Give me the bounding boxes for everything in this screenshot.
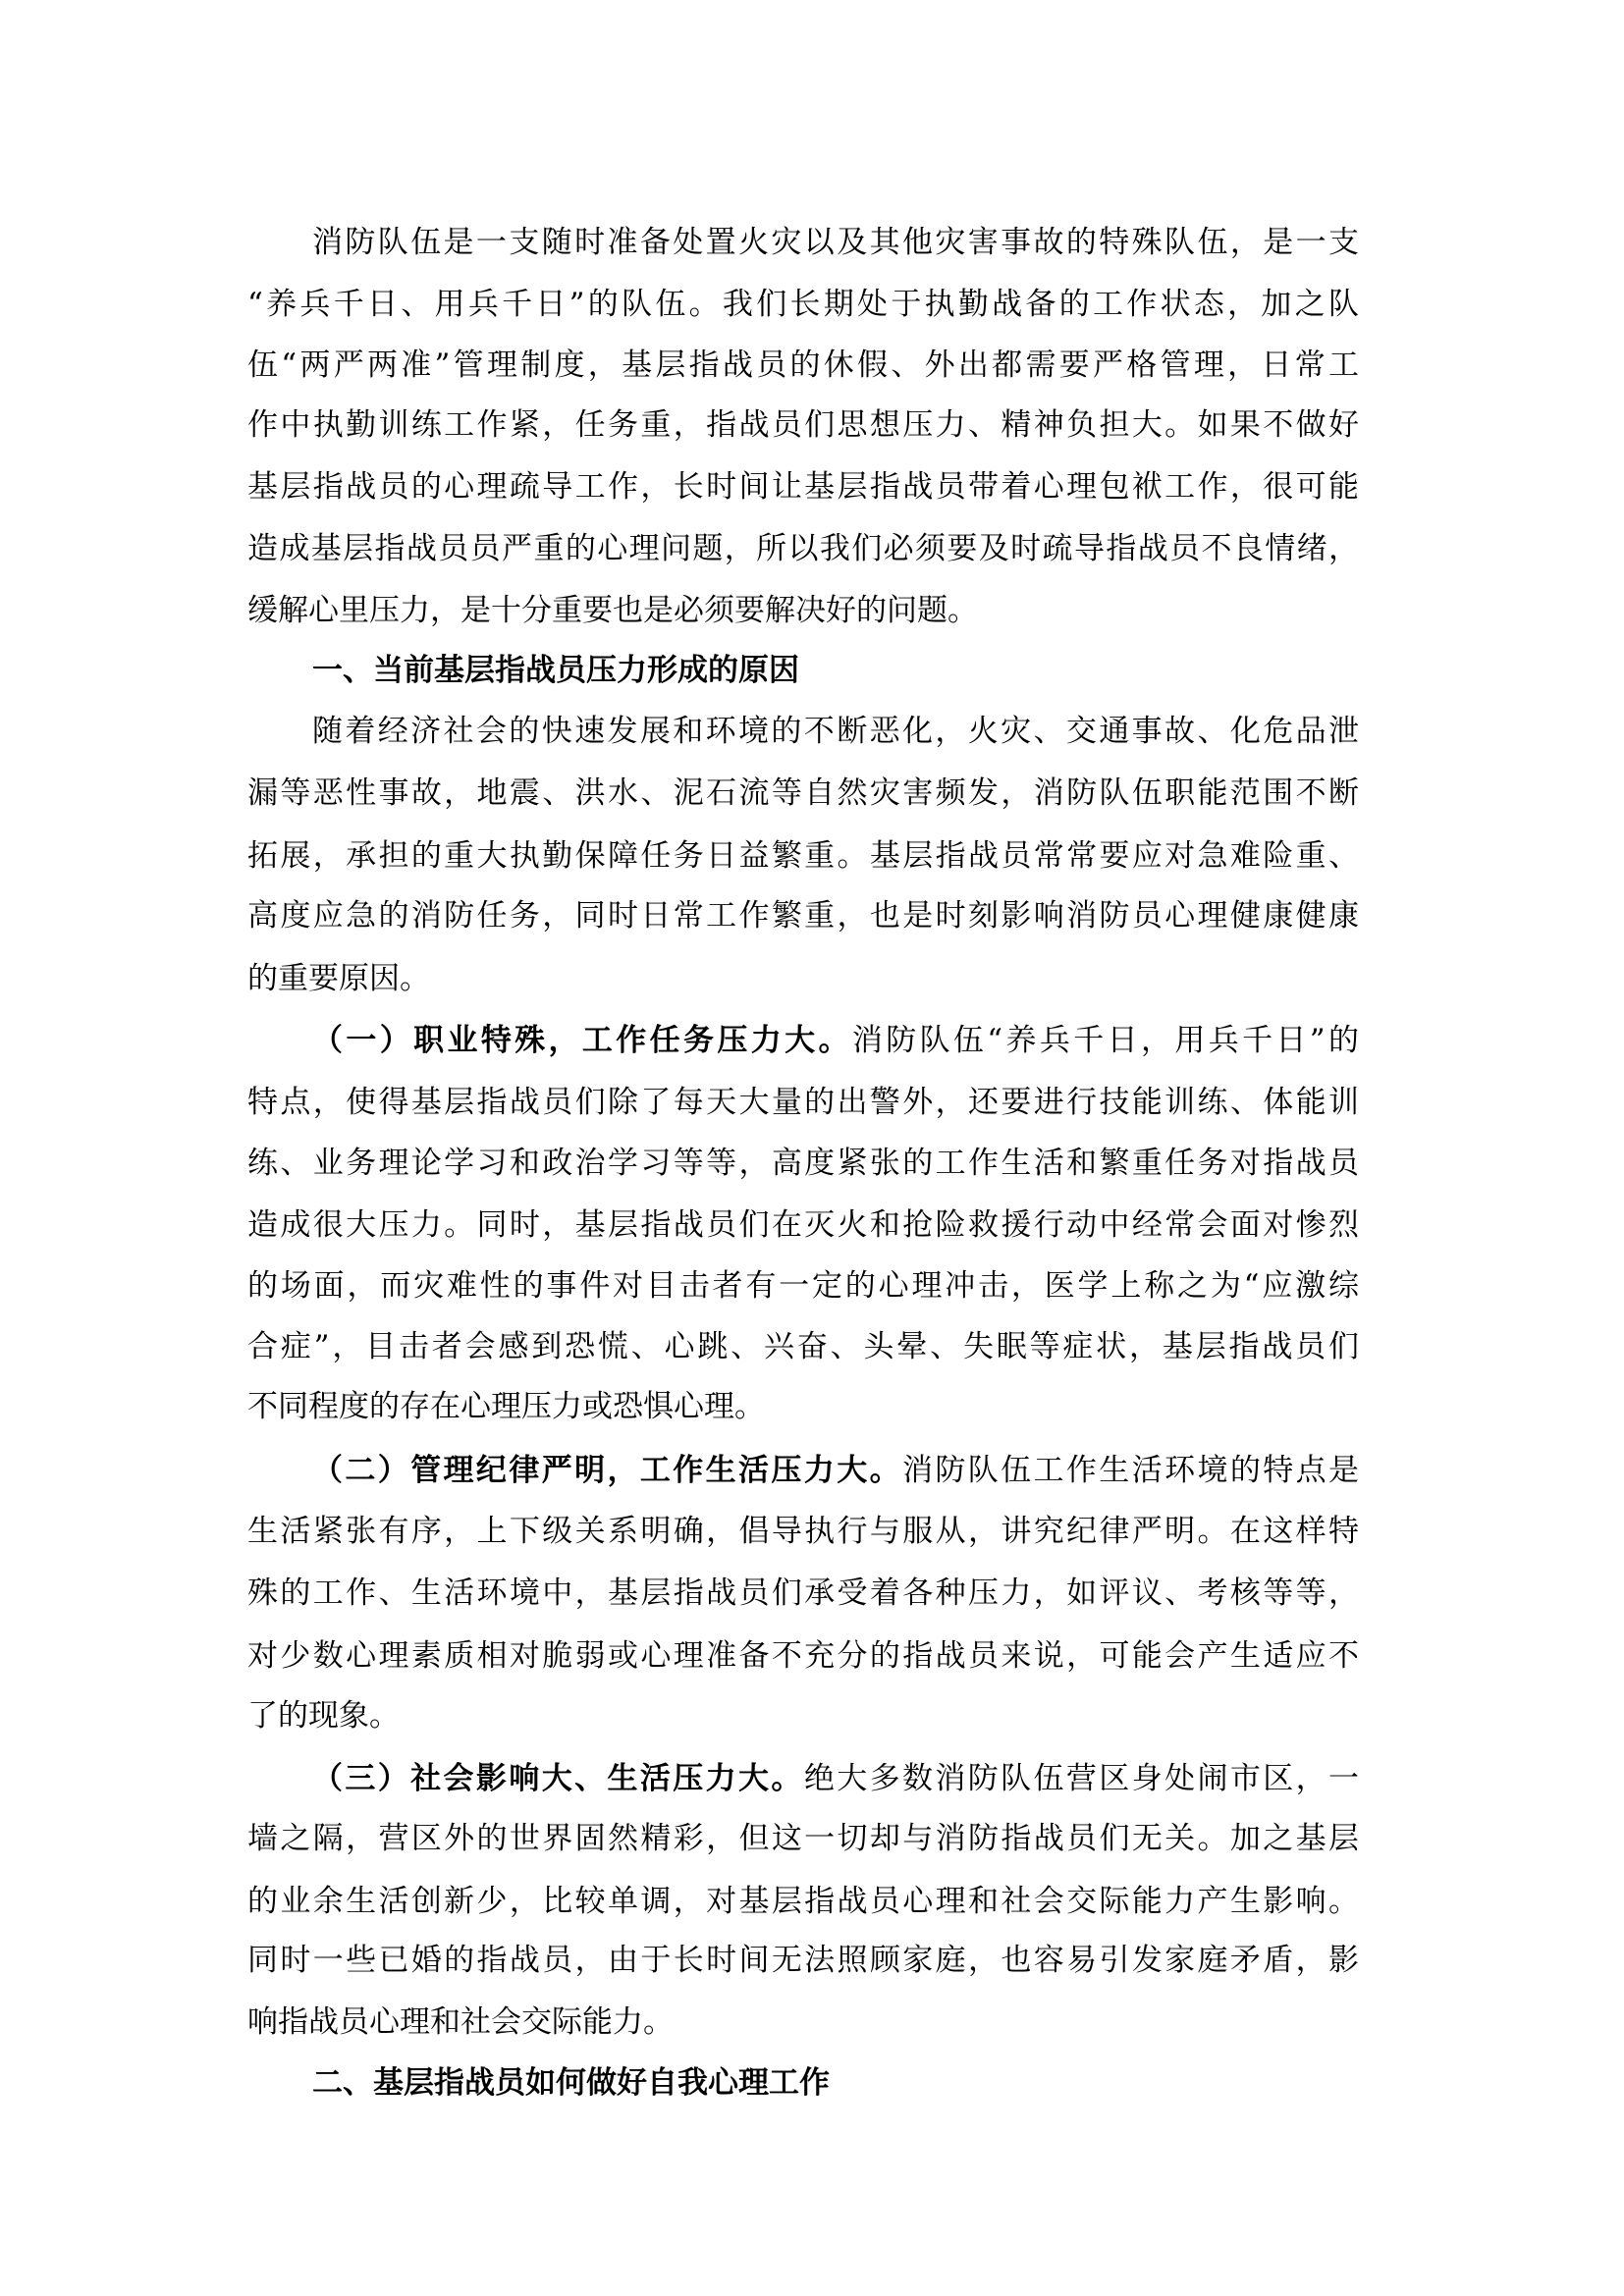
subsection-2-text: 消防队伍工作生活环境的特点是 <box>902 1453 1359 1488</box>
paragraph-line: 墙之隔，营区外的世界固然精彩，但这一切却与消防指战员们无关。加之基层 <box>247 1808 1359 1869</box>
subsection-3-first-line: （三）社会影响大、生活压力大。绝大多数消防队伍营区身处闹市区，一 <box>312 1748 1359 1809</box>
paragraph-line: 基层指战员的心理疏导工作，长时间让基层指战员带着心理包袱工作，很可能 <box>247 456 1359 517</box>
subsection-2-first-line: （二）管理纪律严明，工作生活压力大。消防队伍工作生活环境的特点是 <box>312 1440 1359 1501</box>
paragraph-line: 特点，使得基层指战员们除了每天大量的出警外，还要进行技能训练、体能训 <box>247 1072 1359 1133</box>
subsection-3-lead: （三）社会影响大、生活压力大。 <box>312 1761 804 1796</box>
paragraph-line: 的重要原因。 <box>247 948 1359 1009</box>
paragraph-line: 的场面，而灾难性的事件对目击者有一定的心理冲击，医学上称之为“应激综 <box>247 1255 1359 1316</box>
paragraph-line: 对少数心理素质相对脆弱或心理准备不充分的指战员来说，可能会产生适应不 <box>247 1626 1359 1686</box>
subsection-2-lead: （二）管理纪律严明，工作生活压力大。 <box>312 1453 902 1488</box>
subsection-1-text: 消防队伍“养兵千日，用兵千日”的 <box>852 1023 1359 1058</box>
paragraph-line: 殊的工作、生活环境中，基层指战员们承受着各种压力，如评议、考核等等， <box>247 1563 1359 1624</box>
paragraph-line: 作中执勤训练工作紧，任务重，指战员们思想压力、精神负担大。如果不做好 <box>247 395 1359 455</box>
paragraph-line: 漏等恶性事故，地震、洪水、泥石流等自然灾害频发，消防队伍职能范围不断 <box>247 763 1359 824</box>
paragraph-line: 高度应急的消防任务，同时日常工作繁重，也是时刻影响消防员心理健康健康 <box>247 885 1359 946</box>
paragraph-line: 消防队伍是一支随时准备处置火灾以及其他灾害事故的特殊队伍，是一支 <box>312 212 1359 273</box>
paragraph-line: 响指战员心理和社会交际能力。 <box>247 1992 1359 2053</box>
paragraph-line: 合症”，目击者会感到恐慌、心跳、兴奋、头晕、失眠等症状，基层指战员们 <box>247 1316 1359 1377</box>
paragraph-line: 拓展，承担的重大执勤保障任务日益繁重。基层指战员常常要应对急难险重、 <box>247 826 1359 886</box>
section-heading-2: 二、基层指战员如何做好自我心理工作 <box>312 2053 1359 2113</box>
paragraph-line: 的业余生活创新少，比较单调，对基层指战员心理和社会交际能力产生影响。 <box>247 1871 1359 1932</box>
subsection-1-lead: （一）职业特殊，工作任务压力大。 <box>312 1023 852 1058</box>
paragraph-line: 练、业务理论学习和政治学习等等，高度紧张的工作生活和繁重任务对指战员 <box>247 1133 1359 1194</box>
paragraph-line: 缓解心里压力，是十分重要也是必须要解决好的问题。 <box>247 580 1359 641</box>
paragraph-line: 随着经济社会的快速发展和环境的不断恶化，火灾、交通事故、化危品泄 <box>312 701 1359 762</box>
paragraph-line: 生活紧张有序，上下级关系明确，倡导执行与服从，讲究纪律严明。在这样特 <box>247 1501 1359 1562</box>
paragraph-line: 伍“两严两准”管理制度，基层指战员的休假、外出都需要严格管理，日常工 <box>247 335 1359 396</box>
paragraph-line: 不同程度的存在心理压力或恐惧心理。 <box>247 1376 1359 1437</box>
paragraph-line: 同时一些已婚的指战员，由于长时间无法照顾家庭，也容易引发家庭矛盾，影 <box>247 1930 1359 1991</box>
paragraph-line: 造成基层指战员员严重的心理问题，所以我们必须要及时疏导指战员不良情绪， <box>247 518 1359 579</box>
paragraph-line: “养兵千日、用兵千日”的队伍。我们长期处于执勤战备的工作状态，加之队 <box>247 274 1359 335</box>
subsection-1-first-line: （一）职业特殊，工作任务压力大。消防队伍“养兵千日，用兵千日”的 <box>312 1010 1359 1071</box>
subsection-3-text: 绝大多数消防队伍营区身处闹市区，一 <box>804 1761 1359 1796</box>
paragraph-line: 造成很大压力。同时，基层指战员们在灭火和抢险救援行动中经常会面对惨烈 <box>247 1195 1359 1255</box>
paragraph-line: 了的现象。 <box>247 1685 1359 1746</box>
section-heading-1: 一、当前基层指战员压力形成的原因 <box>312 640 1359 701</box>
document-page: 消防队伍是一支随时准备处置火灾以及其他灾害事故的特殊队伍，是一支 “养兵千日、用… <box>0 0 1624 2296</box>
